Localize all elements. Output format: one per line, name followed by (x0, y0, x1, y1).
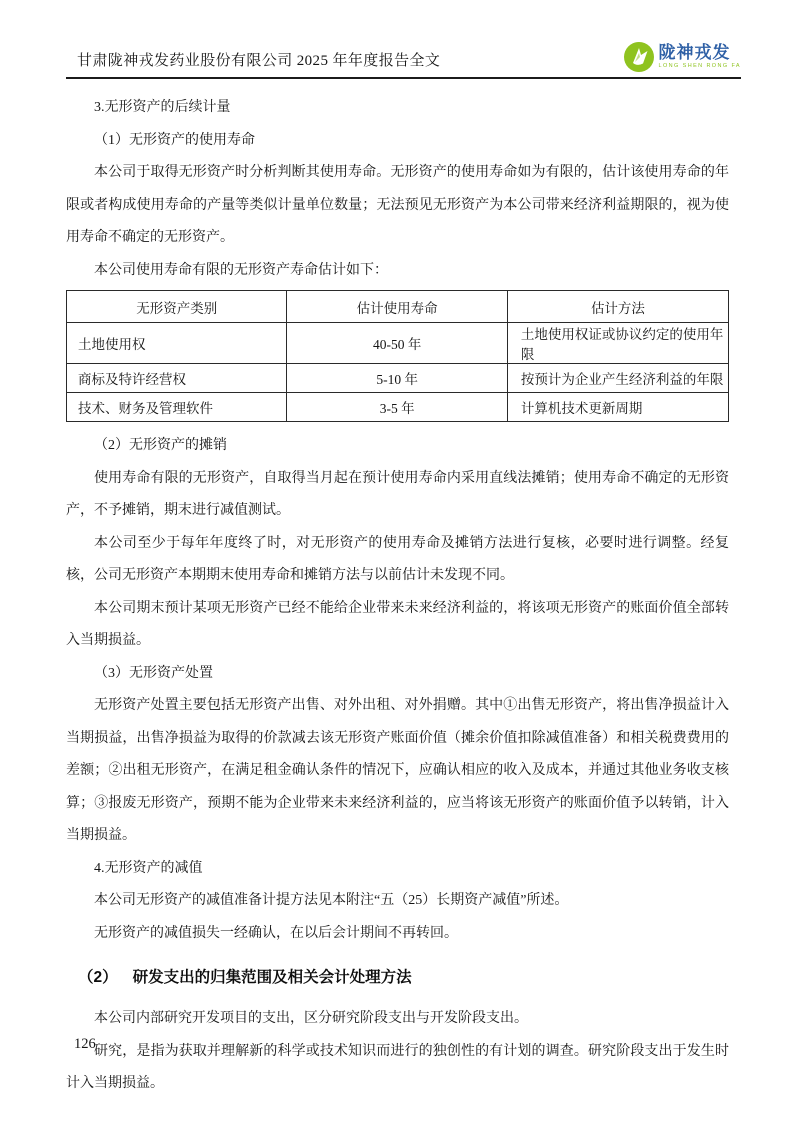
subheading-useful-life: （1）无形资产的使用寿命 (66, 125, 729, 158)
table-row: 商标及特许经营权 5-10 年 按预计为企业产生经济利益的年限 (67, 364, 729, 393)
page-number: 126 (74, 1036, 96, 1053)
cell-estimation-method: 土地使用权证或协议约定的使用年限 (507, 323, 728, 364)
column-header-estimated-life: 估计使用寿命 (287, 291, 507, 323)
useful-life-estimate-table: 无形资产类别 估计使用寿命 估计方法 土地使用权 40-50 年 土地使用权证或… (66, 290, 729, 422)
subheading-impairment: 4.无形资产的减值 (66, 853, 729, 886)
logo-company-name: 陇神戎发 (659, 44, 741, 61)
paragraph-research-definition: 研究，是指为获取并理解新的科学或技术知识而进行的独创性的有计划的调查。研究阶段支… (66, 1036, 729, 1101)
section-heading-text: 研发支出的归集范围及相关会计处理方法 (133, 969, 412, 986)
column-header-estimation-method: 估计方法 (507, 291, 728, 323)
cell-estimated-life: 40-50 年 (287, 323, 507, 364)
section-heading-number: （2） (78, 969, 118, 986)
table-row: 技术、财务及管理软件 3-5 年 计算机技术更新周期 (67, 393, 729, 422)
cell-asset-category: 土地使用权 (67, 323, 287, 364)
table-header-row: 无形资产类别 估计使用寿命 估计方法 (67, 291, 729, 323)
cell-asset-category: 技术、财务及管理软件 (67, 393, 287, 422)
paragraph-rd-classification: 本公司内部研究开发项目的支出，区分研究阶段支出与开发阶段支出。 (66, 1003, 729, 1036)
subheading-disposal: （3）无形资产处置 (66, 658, 729, 691)
section-heading-rd-expenditure: （2）研发支出的归集范围及相关会计处理方法 (66, 965, 729, 991)
logo-tagline: LONG SHEN RONG FA (659, 64, 741, 70)
document-body: 3.无形资产的后续计量 （1）无形资产的使用寿命 本公司于取得无形资产时分析判断… (66, 92, 729, 1101)
dove-logo-icon (624, 42, 654, 72)
paragraph-amortization-method: 使用寿命有限的无形资产，自取得当月起在预计使用寿命内采用直线法摊销；使用寿命不确… (66, 463, 729, 528)
logo-text: 陇神戎发 LONG SHEN RONG FA (659, 44, 741, 70)
paragraph-annual-review: 本公司至少于每年年度终了时，对无形资产的使用寿命及摊销方法进行复核，必要时进行调… (66, 528, 729, 593)
report-title: 甘肃陇神戎发药业股份有限公司 2025 年年度报告全文 (66, 49, 440, 74)
paragraph-useful-life-policy: 本公司于取得无形资产时分析判断其使用寿命。无形资产的使用寿命如为有限的，估计该使… (66, 157, 729, 255)
page-header: 甘肃陇神戎发药业股份有限公司 2025 年年度报告全文 陇神戎发 LONG SH… (66, 42, 741, 79)
cell-estimation-method: 计算机技术更新周期 (507, 393, 728, 422)
subheading-amortization: （2）无形资产的摊销 (66, 430, 729, 463)
paragraph-impairment-no-reversal: 无形资产的减值损失一经确认，在以后会计期间不再转回。 (66, 918, 729, 951)
cell-estimation-method: 按预计为企业产生经济利益的年限 (507, 364, 728, 393)
paragraph-table-intro: 本公司使用寿命有限的无形资产寿命估计如下： (66, 255, 729, 288)
company-logo: 陇神戎发 LONG SHEN RONG FA (624, 42, 741, 74)
report-page: 甘肃陇神戎发药业股份有限公司 2025 年年度报告全文 陇神戎发 LONG SH… (0, 0, 793, 1122)
cell-estimated-life: 5-10 年 (287, 364, 507, 393)
cell-estimated-life: 3-5 年 (287, 393, 507, 422)
paragraph-derecognition: 本公司期末预计某项无形资产已经不能给企业带来未来经济利益的，将该项无形资产的账面… (66, 593, 729, 658)
subheading-intangible-subsequent-measurement: 3.无形资产的后续计量 (66, 92, 729, 125)
paragraph-impairment-reference: 本公司无形资产的减值准备计提方法见本附注“五（25）长期资产减值”所述。 (66, 885, 729, 918)
cell-asset-category: 商标及特许经营权 (67, 364, 287, 393)
table-row: 土地使用权 40-50 年 土地使用权证或协议约定的使用年限 (67, 323, 729, 364)
paragraph-disposal-detail: 无形资产处置主要包括无形资产出售、对外出租、对外捐赠。其中①出售无形资产，将出售… (66, 690, 729, 853)
column-header-asset-category: 无形资产类别 (67, 291, 287, 323)
